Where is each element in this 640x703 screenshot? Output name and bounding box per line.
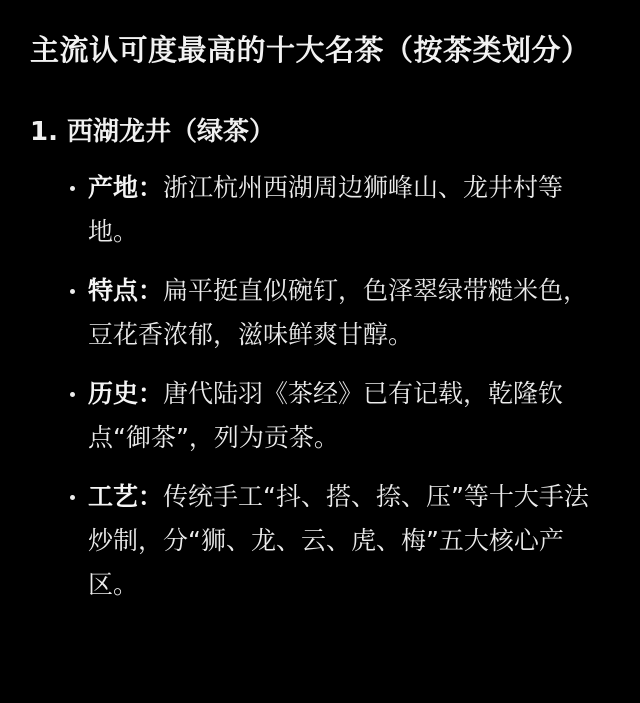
bullet-icon xyxy=(70,186,75,191)
item-label: 历史： xyxy=(88,379,163,408)
list-item-origin: 产地：浙江杭州西湖周边狮峰山、龙井村等地。 xyxy=(70,166,610,254)
item-text: 传统手工“抖、搭、捺、压”等十大手法炒制，分“狮、龙、云、虎、梅”五大核心产区。 xyxy=(88,482,589,599)
item-text: 扁平挺直似碗钉，色泽翠绿带糙米色，豆花香浓郁，滋味鲜爽甘醇。 xyxy=(88,276,588,349)
item-label: 产地： xyxy=(88,173,163,202)
bullet-icon xyxy=(70,289,75,294)
list-item-history: 历史：唐代陆羽《茶经》已有记载，乾隆钦点“御茶”，列为贡茶。 xyxy=(70,372,610,460)
list-item-features: 特点：扁平挺直似碗钉，色泽翠绿带糙米色，豆花香浓郁，滋味鲜爽甘醇。 xyxy=(70,269,610,357)
list-item-craft: 工艺：传统手工“抖、搭、捺、压”等十大手法炒制，分“狮、龙、云、虎、梅”五大核心… xyxy=(70,475,610,607)
item-label: 特点： xyxy=(88,276,163,305)
bullet-icon xyxy=(70,392,75,397)
detail-list: 产地：浙江杭州西湖周边狮峰山、龙井村等地。 特点：扁平挺直似碗钉，色泽翠绿带糙米… xyxy=(30,166,610,607)
page-title: 主流认可度最高的十大名茶（按茶类划分） xyxy=(30,24,610,76)
bullet-icon xyxy=(70,495,75,500)
item-label: 工艺： xyxy=(88,482,163,511)
document-page: 主流认可度最高的十大名茶（按茶类划分） 1. 西湖龙井（绿茶） 产地：浙江杭州西… xyxy=(0,0,640,607)
section-heading: 1. 西湖龙井（绿茶） xyxy=(30,112,610,152)
